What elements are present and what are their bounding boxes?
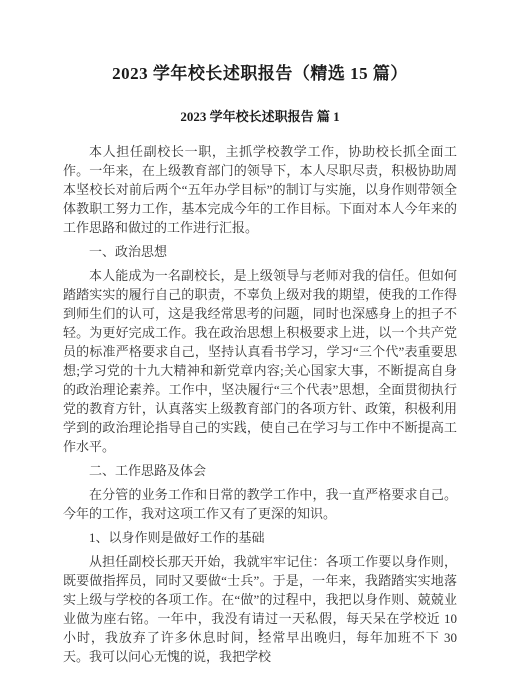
section-heading-work-approach: 二、工作思路及体会: [63, 461, 457, 480]
page-number: 1: [0, 625, 520, 640]
paragraph: 从担任副校长那天开始，我就牢牢记住：各项工作要以身作则，既要做指挥员，同时又要做…: [63, 552, 457, 666]
section-heading-lead-by-example: 1、以身作则是做好工作的基础: [63, 528, 457, 547]
paragraph: 在分管的业务工作和日常的教学工作中，我一直严格要求自己。今年的工作，我对这项工作…: [63, 485, 457, 523]
section-heading-political-thought: 一、政治思想: [63, 242, 457, 261]
document-body: 本人担任副校长一职，主抓学校教学工作，协助校长抓全面工作。一年来，在上级教育部门…: [0, 142, 520, 666]
document-subtitle: 2023 学年校长述职报告 篇 1: [0, 108, 520, 126]
document-page: 2023 学年校长述职报告（精选 15 篇） 2023 学年校长述职报告 篇 1…: [0, 0, 520, 673]
document-title: 2023 学年校长述职报告（精选 15 篇）: [0, 62, 520, 86]
paragraph: 本人担任副校长一职，主抓学校教学工作，协助校长抓全面工作。一年来，在上级教育部门…: [63, 142, 457, 237]
paragraph: 本人能成为一名副校长，是上级领导与老师对我的信任。但如何踏踏实实的履行自己的职责…: [63, 266, 457, 456]
